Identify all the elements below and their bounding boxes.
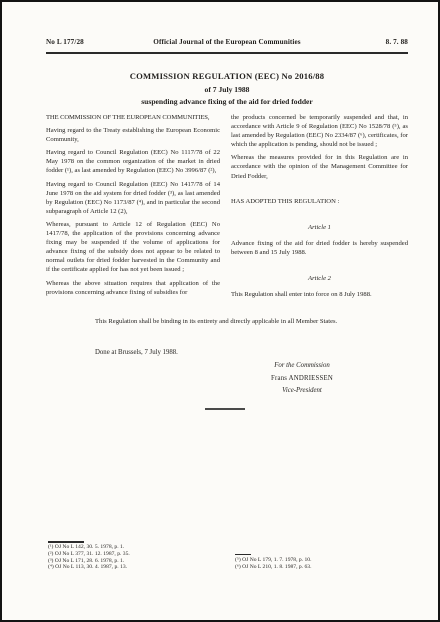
signature-on-behalf: For the Commission <box>230 360 374 373</box>
header-date: 8. 7. 88 <box>386 38 408 46</box>
place-and-date: Done at Brussels, 7 July 1988. <box>95 349 178 356</box>
adoption-formula: HAS ADOPTED THIS REGULATION : <box>231 197 408 206</box>
regulation-date: of 7 July 1988 <box>46 85 408 94</box>
footnote: (¹) OJ No L 142, 30. 5. 1978, p. 1. <box>48 544 130 551</box>
footnote-rule-left <box>48 541 84 543</box>
signature-name: Frans ANDRIESSEN <box>230 373 374 386</box>
footnote: (⁶) OJ No L 210, 1. 8. 1987, p. 63. <box>235 564 311 571</box>
signature-title: Vice-President <box>230 385 374 398</box>
issue-number: No L 177/28 <box>46 38 84 46</box>
signature-block: For the Commission Frans ANDRIESSEN Vice… <box>230 360 374 398</box>
footnote: (⁴) OJ No L 113, 30. 4. 1987, p. 13. <box>48 564 130 571</box>
footnote: (²) OJ No L 377, 31. 12. 1987, p. 35. <box>48 551 130 558</box>
recital: Having regard to Council Regulation (EEC… <box>46 180 220 216</box>
recital: Having regard to the Treaty establishing… <box>46 126 220 144</box>
article-1-heading: Article 1 <box>231 223 408 232</box>
article-1-text: Advance fixing of the aid for dried fodd… <box>231 239 408 257</box>
header-rule <box>46 52 408 54</box>
binding-clause: This Regulation shall be binding in its … <box>95 317 351 326</box>
regulation-subject: suspending advance fixing of the aid for… <box>46 97 408 106</box>
end-of-act-rule <box>205 408 245 410</box>
recital: Whereas the above situation requires tha… <box>46 279 220 297</box>
article-2-heading: Article 2 <box>231 274 408 283</box>
regulation-number: COMMISSION REGULATION (EEC) No 2016/88 <box>46 71 408 81</box>
footnotes-left: (¹) OJ No L 142, 30. 5. 1978, p. 1. (²) … <box>48 544 130 571</box>
footnotes-right: (⁵) OJ No L 179, 1. 7. 1978, p. 10. (⁶) … <box>235 557 311 571</box>
footnote-rule-right <box>235 554 251 555</box>
footnote: (⁵) OJ No L 179, 1. 7. 1978, p. 10. <box>235 557 311 564</box>
journal-title: Official Journal of the European Communi… <box>46 38 408 46</box>
right-column: the products concerned be temporarily su… <box>231 113 408 303</box>
recital: Whereas, pursuant to Article 12 of Regul… <box>46 220 220 275</box>
recital: the products concerned be temporarily su… <box>231 113 408 149</box>
regulation-title-block: COMMISSION REGULATION (EEC) No 2016/88 o… <box>46 71 408 106</box>
recital: Whereas the measures provided for in thi… <box>231 153 408 180</box>
article-2-text: This Regulation shall enter into force o… <box>231 290 408 299</box>
preamble-opening: THE COMMISSION OF THE EUROPEAN COMMUNITI… <box>46 113 220 122</box>
recital: Having regard to Council Regulation (EEC… <box>46 148 220 175</box>
page-header: Official Journal of the European Communi… <box>46 38 408 46</box>
journal-page: Official Journal of the European Communi… <box>0 0 440 622</box>
left-column: THE COMMISSION OF THE EUROPEAN COMMUNITI… <box>46 113 220 301</box>
